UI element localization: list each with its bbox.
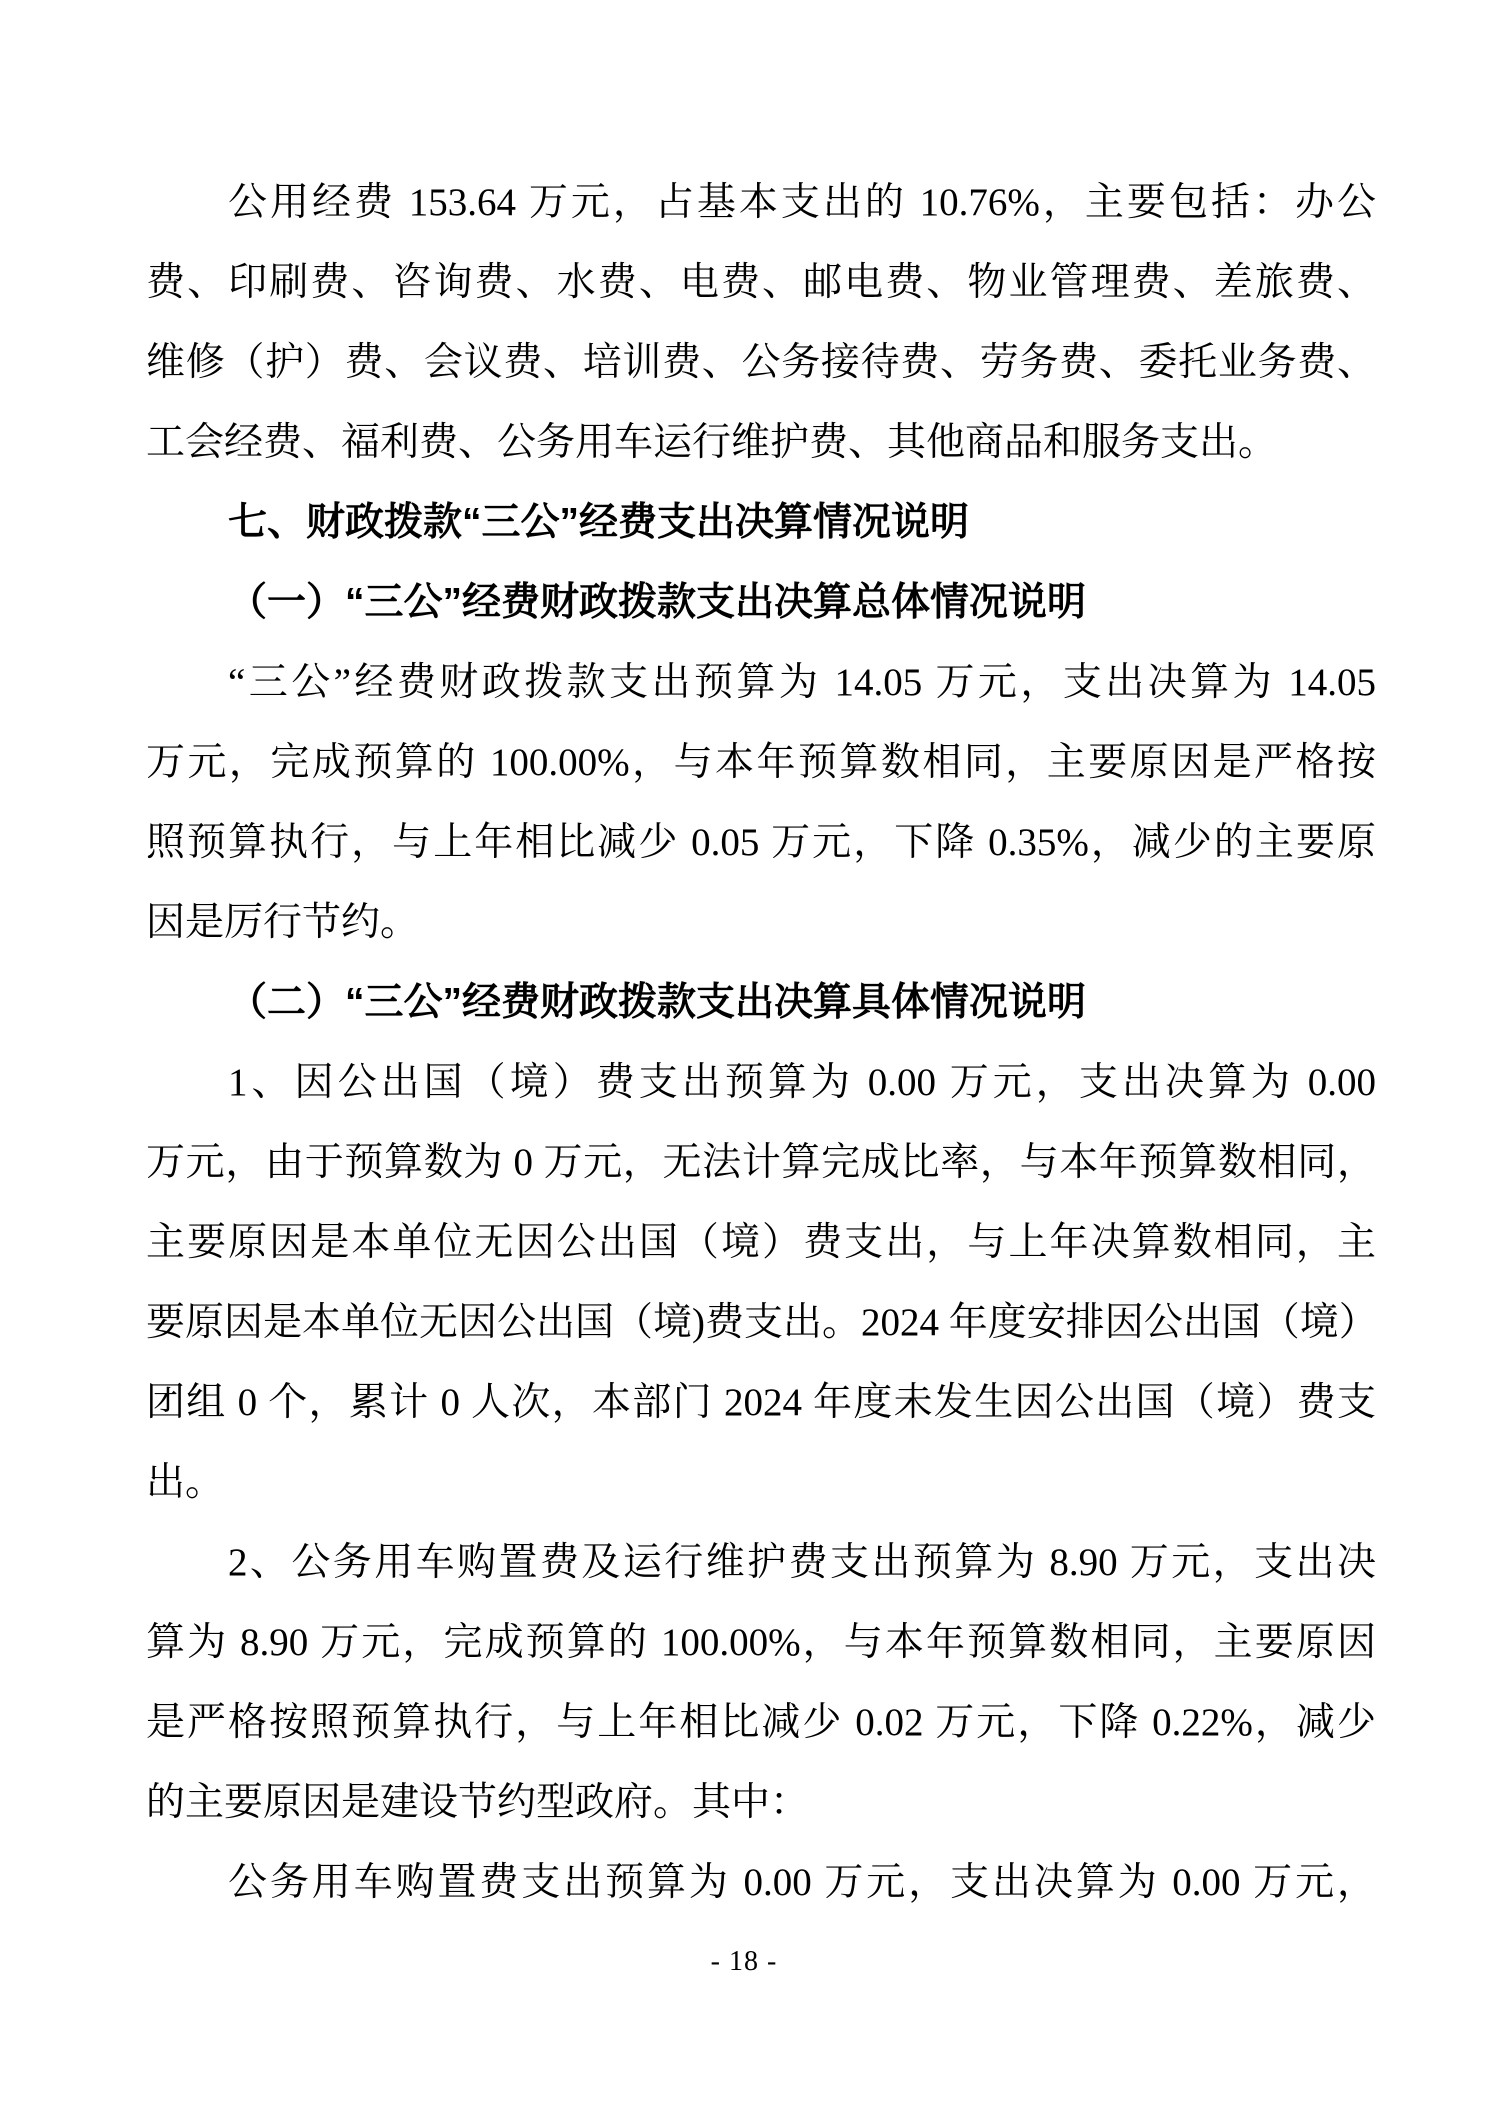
body-line: 团组 0 个，累计 0 人次，本部门 2024 年度未发生因公出国（境）费支 xyxy=(146,1363,1376,1443)
body-line: 工会经费、福利费、公务用车运行维护费、其他商品和服务支出。 xyxy=(146,403,1376,483)
subsection-heading: （二）“三公”经费财政拨款支出决算具体情况说明 xyxy=(146,963,1376,1043)
body-line: “三公”经费财政拨款支出预算为 14.05 万元，支出决算为 14.05 xyxy=(146,643,1376,723)
document-page: 公用经费 153.64 万元，占基本支出的 10.76%，主要包括：办公 费、印… xyxy=(0,0,1488,2105)
body-line: 公务用车购置费支出预算为 0.00 万元，支出决算为 0.00 万元， xyxy=(146,1843,1376,1923)
body-line: 1、因公出国（境）费支出预算为 0.00 万元，支出决算为 0.00 xyxy=(146,1043,1376,1123)
section-heading: 七、财政拨款“三公”经费支出决算情况说明 xyxy=(146,483,1376,563)
body-line: 2、公务用车购置费及运行维护费支出预算为 8.90 万元，支出决 xyxy=(146,1523,1376,1603)
body-line: 算为 8.90 万元，完成预算的 100.00%，与本年预算数相同，主要原因 xyxy=(146,1603,1376,1683)
body-line: 费、印刷费、咨询费、水费、电费、邮电费、物业管理费、差旅费、 xyxy=(146,243,1376,323)
body-line: 主要原因是本单位无因公出国（境）费支出，与上年决算数相同，主 xyxy=(146,1203,1376,1283)
body-line: 照预算执行，与上年相比减少 0.05 万元，下降 0.35%，减少的主要原 xyxy=(146,803,1376,883)
body-line: 维修（护）费、会议费、培训费、公务接待费、劳务费、委托业务费、 xyxy=(146,323,1376,403)
page-number: - 18 - xyxy=(0,1942,1488,1982)
body-line: 要原因是本单位无因公出国（境)费支出。2024 年度安排因公出国（境） xyxy=(146,1283,1376,1363)
subsection-heading: （一）“三公”经费财政拨款支出决算总体情况说明 xyxy=(146,563,1376,643)
body-line: 万元，由于预算数为 0 万元，无法计算完成比率，与本年预算数相同， xyxy=(146,1123,1376,1203)
body-line: 出。 xyxy=(146,1443,1376,1523)
body-line: 是严格按照预算执行，与上年相比减少 0.02 万元，下降 0.22%，减少 xyxy=(146,1683,1376,1763)
document-body: 公用经费 153.64 万元，占基本支出的 10.76%，主要包括：办公 费、印… xyxy=(146,163,1376,1923)
body-line: 因是厉行节约。 xyxy=(146,883,1376,963)
body-line: 万元，完成预算的 100.00%，与本年预算数相同，主要原因是严格按 xyxy=(146,723,1376,803)
body-line: 公用经费 153.64 万元，占基本支出的 10.76%，主要包括：办公 xyxy=(146,163,1376,243)
body-line: 的主要原因是建设节约型政府。其中： xyxy=(146,1763,1376,1843)
